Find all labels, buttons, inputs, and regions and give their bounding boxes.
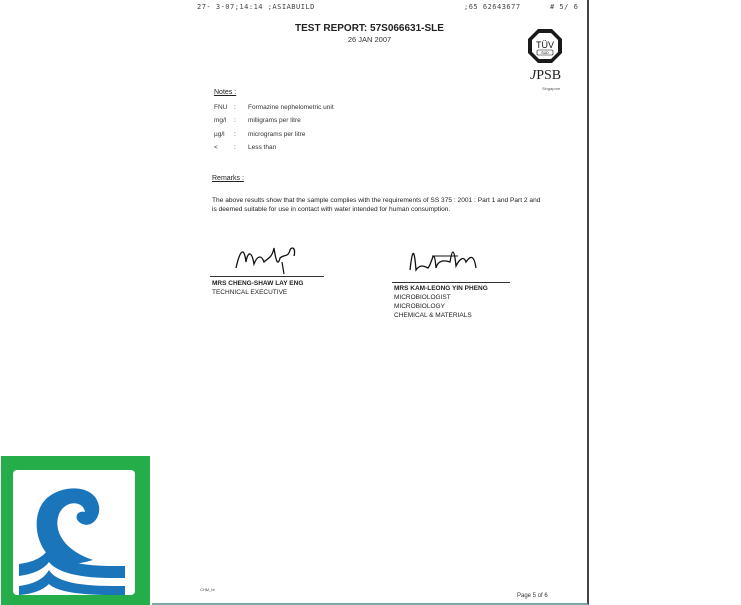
psb-logo: JPSB [530, 68, 561, 84]
fax-page-marker: # 5/ 6 [550, 3, 578, 11]
signature-2 [404, 240, 484, 280]
remarks-text: The above results show that the sample c… [212, 196, 542, 214]
signature-line-1 [210, 276, 324, 277]
note-item: FNU:Formazine nephelometric unit [214, 104, 334, 111]
note-item: µg/l:micrograms per litre [214, 131, 305, 138]
svg-text:TÜV: TÜV [536, 40, 554, 50]
remarks-heading: Remarks : [212, 175, 244, 182]
report-title: TEST REPORT: 57S066631-SLE [152, 23, 587, 34]
note-item: mg/l:milligrams per litre [214, 117, 301, 124]
footer-code: CHM_br [200, 587, 215, 592]
wave-logo-icon [13, 470, 135, 595]
note-item: <:Less than [214, 144, 276, 151]
tuv-octagon-icon: TÜV SUD [527, 28, 563, 64]
signatory-1: MRS CHENG-SHAW LAY ENG TECHNICAL EXECUTI… [212, 279, 303, 297]
signature-line-2 [392, 282, 510, 283]
document-page: 27- 3-07;14:14 ;ASIABUILD ;65 62643677 #… [152, 0, 589, 605]
report-date: 26 JAN 2007 [152, 35, 587, 44]
wave-logo [1, 456, 150, 605]
psb-subtitle: Singapore [542, 86, 560, 91]
page-number: Page 5 of 6 [517, 593, 548, 599]
notes-heading: Notes : [214, 89, 236, 96]
svg-text:SUD: SUD [541, 51, 549, 55]
fax-header-left: 27- 3-07;14:14 ;ASIABUILD [197, 3, 315, 11]
signatory-2: MRS KAM-LEONG YIN PHENG MICROBIOLOGIST M… [394, 284, 488, 320]
signature-1 [232, 240, 302, 275]
fax-header-number: ;65 62643677 [464, 3, 521, 11]
